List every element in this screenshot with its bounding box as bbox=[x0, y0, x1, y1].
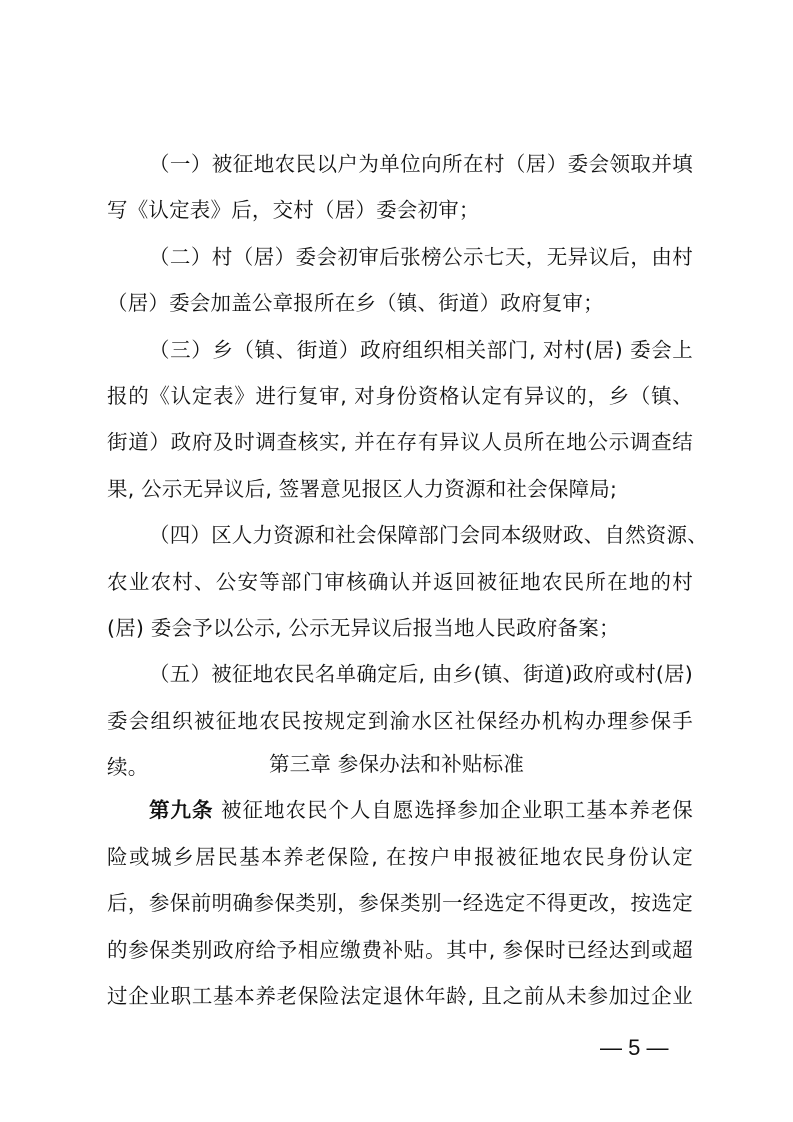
text-line: 委会组织被征地农民按规定到渝水区社保经办机构办理参保手 bbox=[107, 709, 693, 733]
article-first-line: 第九条 被征地农民个人自愿选择参加企业职工基本养老保 bbox=[149, 798, 693, 822]
page-number: — 5 — bbox=[600, 1035, 668, 1061]
article-line: 险或城乡居民基本养老保险, 在按户申报被征地农民身份认定 bbox=[107, 845, 693, 869]
article-first-text: 被征地农民个人自愿选择参加企业职工基本养老保 bbox=[213, 798, 693, 822]
text-line: 写《认定表》后，交村（居）委会初审； bbox=[107, 198, 693, 222]
text-line: 报的《认定表》进行复审, 对身份资格认定有异议的，乡（镇、 bbox=[107, 384, 693, 408]
text-line: 果, 公示无异议后, 签署意见报区人力资源和社会保障局; bbox=[107, 477, 693, 501]
text-line: （二）村（居）委会初审后张榜公示七天，无异议后，由村 bbox=[149, 245, 693, 269]
chapter-heading: 第三章 参保办法和补贴标准 bbox=[0, 752, 793, 776]
text-line: （五）被征地农民名单确定后, 由乡(镇、街道)政府或村(居) bbox=[149, 662, 693, 686]
text-line: (居) 委会予以公示, 公示无异议后报当地人民政府备案； bbox=[107, 616, 693, 640]
document-page: （一）被征地农民以户为单位向所在村（居）委会领取并填写《认定表》后，交村（居）委… bbox=[0, 0, 793, 1122]
text-line: （四）区人力资源和社会保障部门会同本级财政、自然资源、 bbox=[149, 523, 693, 547]
article-label: 第九条 bbox=[149, 798, 213, 822]
article-line: 过企业职工基本养老保险法定退休年龄, 且之前从未参加过企业 bbox=[107, 984, 693, 1008]
text-line: 街道）政府及时调查核实, 并在存有异议人员所在地公示调查结 bbox=[107, 430, 693, 454]
article-line: 的参保类别政府给予相应缴费补贴。其中, 参保时已经达到或超 bbox=[107, 938, 693, 962]
text-line: （三）乡（镇、街道）政府组织相关部门, 对村(居) 委会上 bbox=[149, 338, 693, 362]
article-line: 后，参保前明确参保类别，参保类别一经选定不得更改，按选定 bbox=[107, 891, 693, 915]
text-line: （居）委会加盖公章报所在乡（镇、街道）政府复审； bbox=[107, 291, 693, 315]
text-line: （一）被征地农民以户为单位向所在村（居）委会领取并填 bbox=[149, 152, 693, 176]
text-line: 农业农村、公安等部门审核确认并返回被征地农民所在地的村 bbox=[107, 570, 693, 594]
